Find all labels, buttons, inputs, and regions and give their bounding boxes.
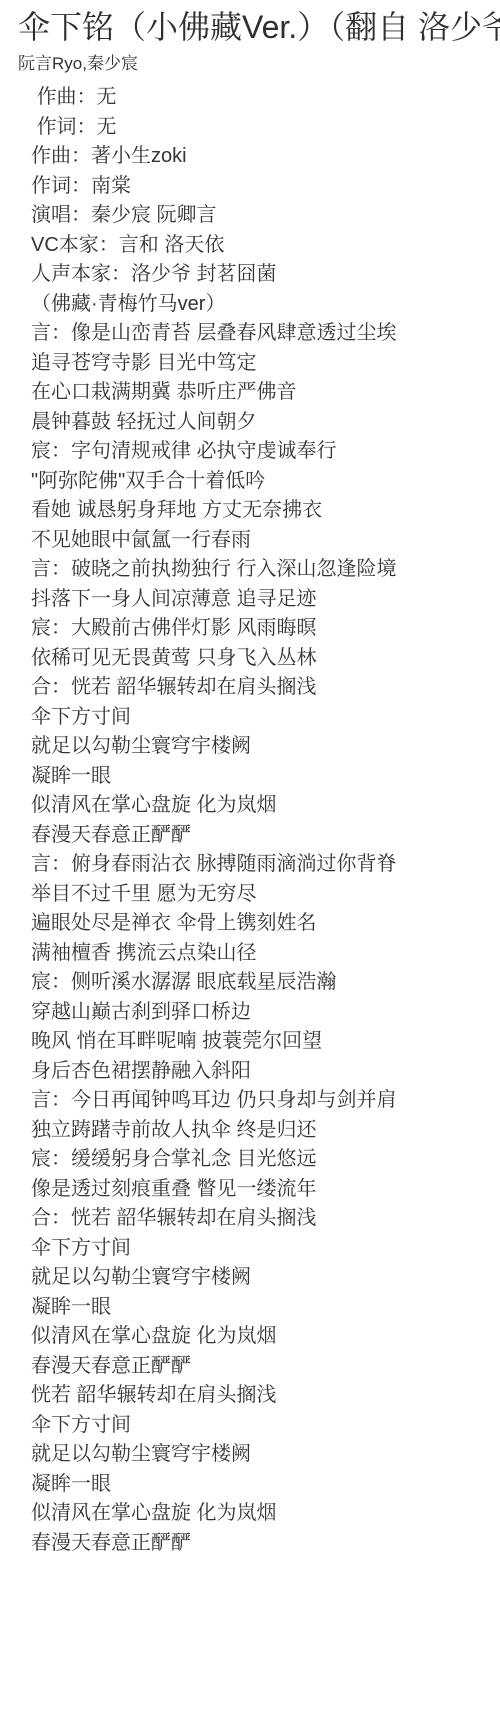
lyric-line: 追寻苍穹寺影 目光中笃定 <box>31 349 490 379</box>
lyric-line: 依稀可见无畏黄莺 只身飞入丛林 <box>31 644 490 674</box>
lyric-line: 就足以勾勒尘寰穹宇楼阙 <box>31 732 490 762</box>
lyric-line: 就足以勾勒尘寰穹宇楼阙 <box>31 1263 490 1293</box>
lyric-line: 穿越山巅古刹到驿口桥边 <box>31 998 490 1028</box>
lyric-line: 宸：大殿前古佛伴灯影 风雨晦暝 <box>31 614 490 644</box>
lyric-line: 满袖檀香 携流云点染山径 <box>31 939 490 969</box>
lyric-line: 作词：无 <box>31 113 490 143</box>
lyric-line: 抖落下一身人间凉薄意 追寻足迹 <box>31 585 490 615</box>
lyric-line: 作词：南棠 <box>31 172 490 202</box>
lyric-line: 合：恍若 韶华辗转却在肩头搁浅 <box>31 1204 490 1234</box>
lyric-line: 凝眸一眼 <box>31 1470 490 1500</box>
lyric-line: 似清风在掌心盘旋 化为岚烟 <box>31 791 490 821</box>
lyric-line: 演唱：秦少宸 阮卿言 <box>31 201 490 231</box>
lyric-line: 作曲：无 <box>31 83 490 113</box>
lyric-line: 独立踌躇寺前故人执伞 终是归还 <box>31 1116 490 1146</box>
lyric-line: 似清风在掌心盘旋 化为岚烟 <box>31 1322 490 1352</box>
lyric-line: 作曲：著小生zoki <box>31 142 490 172</box>
lyrics-page: { "page": { "title": "伞下铭（小佛藏Ver.）（翻自 洛少… <box>0 0 500 1720</box>
lyric-line: 在心口栽满期冀 恭听庄严佛音 <box>31 378 490 408</box>
lyric-line: 春漫天春意正酽酽 <box>31 1352 490 1382</box>
lyric-line: 像是透过刻痕重叠 瞥见一缕流年 <box>31 1175 490 1205</box>
lyric-line: （佛藏·青梅竹马ver） <box>31 290 490 320</box>
lyric-line: 晚风 悄在耳畔呢喃 披蓑莞尔回望 <box>31 1027 490 1057</box>
lyric-line: 宸：侧听溪水潺潺 眼底载星辰浩瀚 <box>31 968 490 998</box>
lyric-line: 伞下方寸间 <box>31 1411 490 1441</box>
lyric-line: 遍眼处尽是禅衣 伞骨上镌刻姓名 <box>31 909 490 939</box>
lyric-line: 人声本家：洛少爷 封茗囧菌 <box>31 260 490 290</box>
lyric-line: 言：像是山峦青苔 层叠春风肆意透过尘埃 <box>31 319 490 349</box>
lyric-line: 言：今日再闻钟鸣耳边 仍只身却与剑并肩 <box>31 1086 490 1116</box>
lyric-line: 宸：缓缓躬身合掌礼念 目光悠远 <box>31 1145 490 1175</box>
lyric-line: 凝眸一眼 <box>31 762 490 792</box>
lyric-line: 言：俯身春雨沾衣 脉搏随雨滴淌过你背脊 <box>31 850 490 880</box>
lyric-line: VC本家：言和 洛天依 <box>31 231 490 261</box>
lyric-line: 不见她眼中氤氲一行春雨 <box>31 526 490 556</box>
lyric-line: 伞下方寸间 <box>31 703 490 733</box>
lyric-line: 春漫天春意正酽酽 <box>31 821 490 851</box>
lyric-line: 言：破晓之前执拗独行 行入深山忽逢险境 <box>31 555 490 585</box>
lyric-line: 春漫天春意正酽酽 <box>31 1529 490 1559</box>
lyric-line: "阿弥陀佛"双手合十着低吟 <box>31 467 490 497</box>
lyric-line: 宸：字句清规戒律 必执守虔诚奉行 <box>31 437 490 467</box>
song-artists: 阮言Ryo,秦少宸 <box>0 53 500 75</box>
song-title: 伞下铭（小佛藏Ver.）（翻自 洛少爷） <box>0 6 500 48</box>
lyric-line: 似清风在掌心盘旋 化为岚烟 <box>31 1499 490 1529</box>
lyrics-block: 作曲：无 作词：无作曲：著小生zoki作词：南棠演唱：秦少宸 阮卿言VC本家：言… <box>0 83 500 1558</box>
lyric-line: 恍若 韶华辗转却在肩头搁浅 <box>31 1381 490 1411</box>
lyric-line: 晨钟暮鼓 轻抚过人间朝夕 <box>31 408 490 438</box>
lyric-line: 合：恍若 韶华辗转却在肩头搁浅 <box>31 673 490 703</box>
lyric-line: 就足以勾勒尘寰穹宇楼阙 <box>31 1440 490 1470</box>
lyric-line: 举目不过千里 愿为无穷尽 <box>31 880 490 910</box>
lyric-line: 伞下方寸间 <box>31 1234 490 1264</box>
lyric-line: 身后杏色裙摆静融入斜阳 <box>31 1057 490 1087</box>
lyric-line: 看她 诚恳躬身拜地 方丈无奈拂衣 <box>31 496 490 526</box>
lyric-line: 凝眸一眼 <box>31 1293 490 1323</box>
